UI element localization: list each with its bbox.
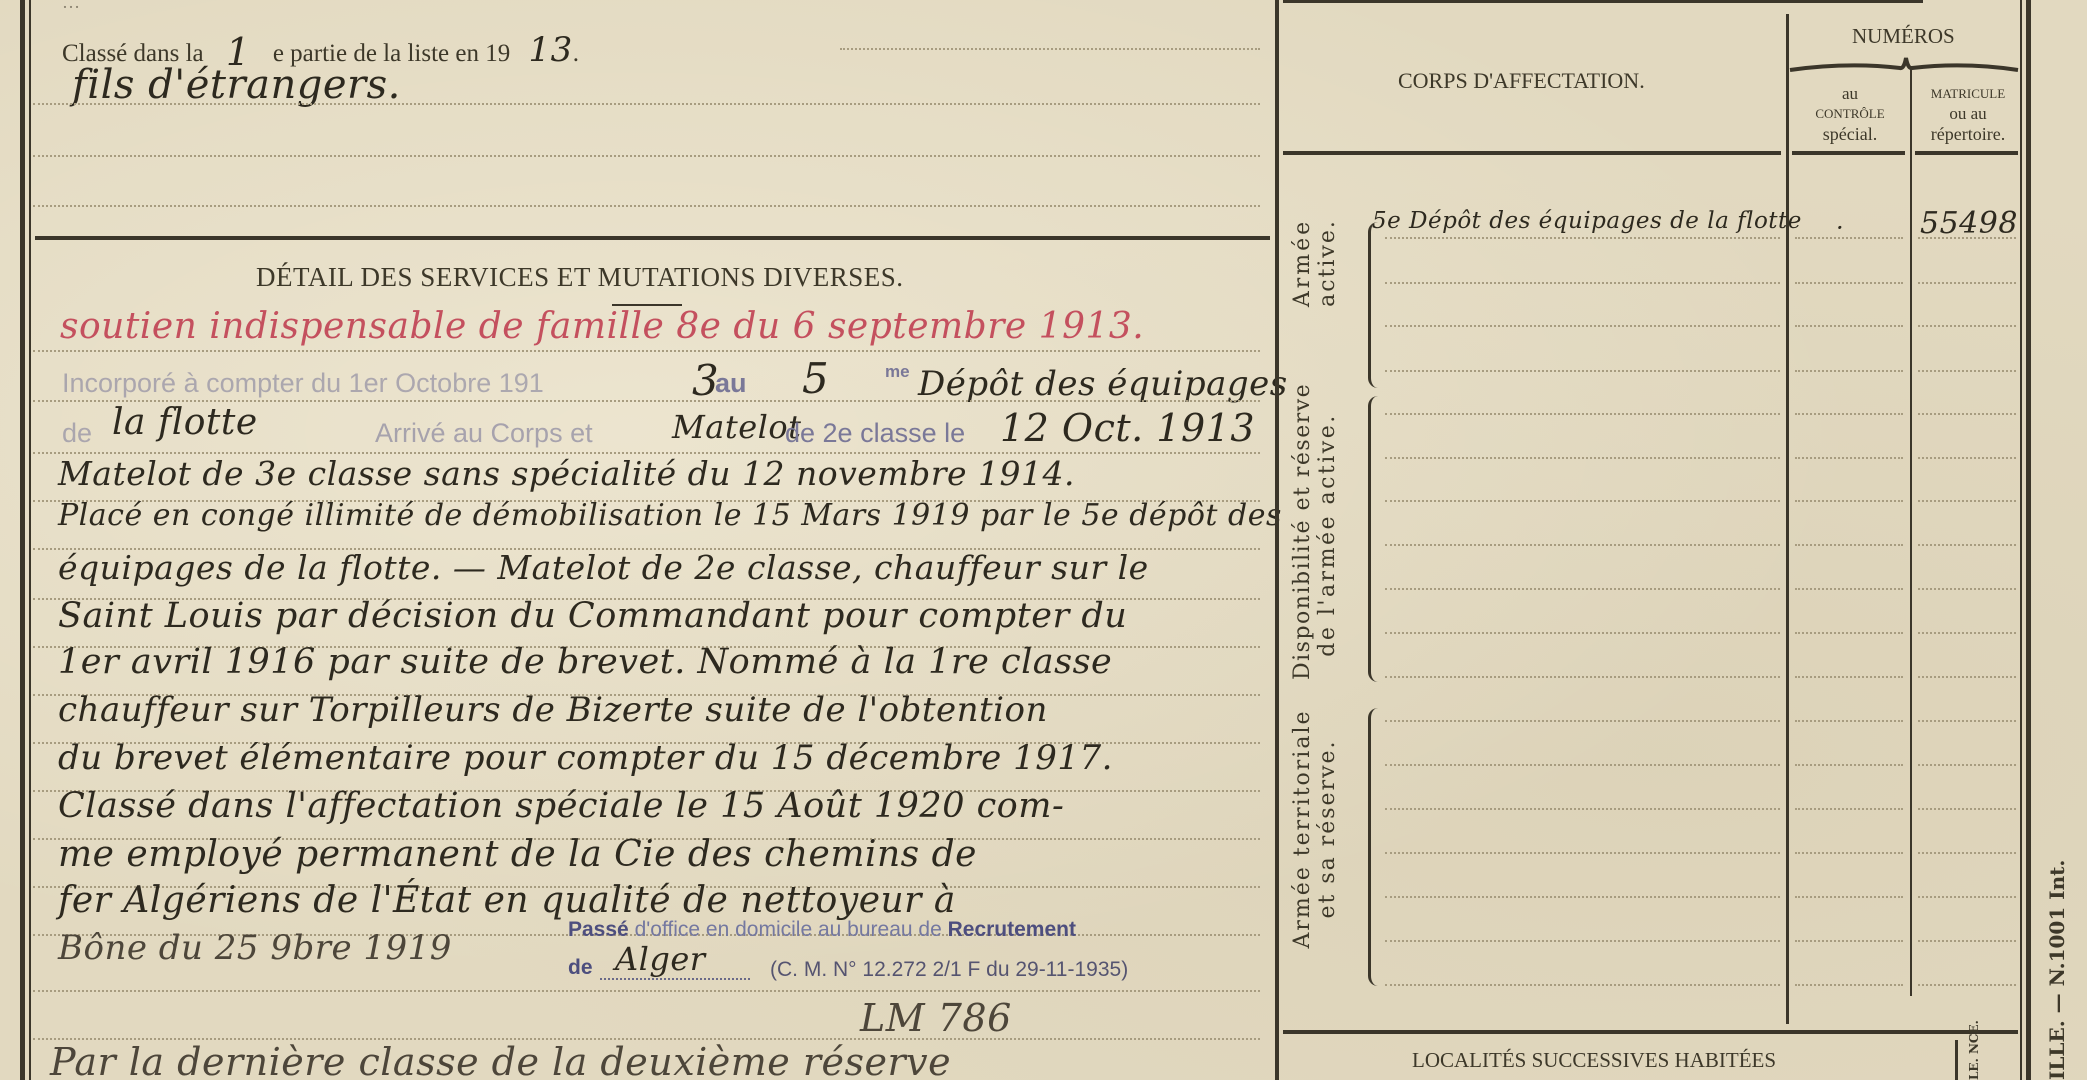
top-cut-text: …: [62, 0, 80, 13]
stamp-au: au: [715, 368, 747, 399]
section-label-disponibilite: Disponibilité et réserve de l'armée acti…: [1290, 390, 1341, 680]
dotted-rule: [1918, 896, 2016, 898]
footer-divider: [1955, 1040, 1958, 1080]
dotted-rule: [1918, 588, 2016, 590]
dotted-rule: [1918, 764, 2016, 766]
section-label-armee-active: Armée active.: [1290, 208, 1341, 318]
dotted-rule: [1795, 413, 1903, 415]
dotted-rule: [1385, 764, 1780, 766]
dotted-rule: [1795, 282, 1903, 284]
dotted-rule: [33, 990, 1260, 992]
form-number: ILLE. — N.1001 Int.: [2046, 750, 2069, 1080]
dotted-rule: [1795, 720, 1903, 722]
dotted-rule: [1385, 282, 1780, 284]
footer-side-text: LE. NCE.: [1968, 1040, 1982, 1080]
dotted-rule: [1795, 457, 1903, 459]
classement-note: fils d'étrangers.: [72, 62, 401, 108]
corps-header: CORPS D'AFFECTATION.: [1398, 68, 1645, 94]
section-separator: [35, 236, 1270, 240]
service-line-9: me employé permanent de la Cie des chemi…: [58, 834, 977, 875]
header-bottom-rule-controle: [1792, 151, 1905, 155]
header-bottom-rule-matricule: [1915, 151, 2018, 155]
dotted-rule: [33, 205, 1260, 207]
dotted-rule: [1918, 457, 2016, 459]
dotted-rule: [1918, 720, 2016, 722]
dotted-rule: [1385, 852, 1780, 854]
left-border-outer: [20, 0, 25, 1080]
stamp-de: de: [62, 418, 92, 449]
dotted-rule: [1385, 588, 1780, 590]
brace-disponibilite: [1368, 396, 1385, 682]
dotted-rule: [1918, 237, 2016, 239]
stamp-me: me: [885, 362, 910, 382]
dotted-rule: [1385, 720, 1780, 722]
dotted-rule: [1918, 632, 2016, 634]
service-line-2: Placé en congé illimité de démobilisatio…: [58, 498, 1282, 533]
dotted-rule: [1385, 325, 1780, 327]
hand-depot-number: 5: [802, 354, 829, 403]
header-bottom-rule-corps: [1283, 151, 1781, 155]
service-line-4: Saint Louis par décision du Commandant p…: [58, 596, 1127, 636]
service-line-1: Matelot de 3e classe sans spécialité du …: [58, 454, 1075, 493]
service-line-8: Classé dans l'affectation spéciale le 15…: [58, 786, 1064, 826]
brace-territoriale: [1368, 708, 1385, 986]
dotted-rule: [1918, 325, 2016, 327]
service-line-7: du brevet élémentaire pour compter du 15…: [58, 738, 1113, 778]
numeros-divider: [1786, 14, 1789, 1024]
service-line-cut: Par la dernière classe de la deuxième ré…: [50, 1040, 951, 1080]
col-controle-header: au CONTRÔLE spécial.: [1790, 84, 1910, 144]
entry-matricule: 55498: [1920, 206, 2018, 241]
dotted-rule: [1918, 852, 2016, 854]
dotted-rule: [1385, 940, 1780, 942]
stamp-arrive: Arrivé au Corps et: [375, 418, 593, 449]
dotted-rule: [1795, 325, 1903, 327]
hand-city: Alger: [615, 940, 706, 978]
dotted-rule: [1795, 544, 1903, 546]
classement-year: 13: [528, 30, 572, 70]
dotted-rule: [1918, 676, 2016, 678]
dotted-rule: [1385, 676, 1780, 678]
left-border-inner: [29, 0, 31, 1080]
numeros-brace: [1788, 52, 2020, 76]
hand-la-flotte: la flotte: [112, 402, 258, 443]
hand-reference-number: LM 786: [860, 996, 1012, 1040]
dotted-rule: [1795, 676, 1903, 678]
stamp-classe: de 2e classe le: [785, 418, 965, 449]
dotted-rule: [1795, 984, 1903, 986]
service-line-11: Bône du 25 9bre 1919: [58, 928, 452, 968]
controle-divider: [1910, 66, 1912, 996]
dotted-rule: [840, 48, 1260, 50]
dotted-rule: [33, 103, 1260, 105]
right-top-rule: [1283, 0, 1923, 3]
dotted-rule: [1385, 544, 1780, 546]
entry-corps: 5e Dépôt des équipages de la flotte: [1372, 208, 1802, 234]
dotted-rule: [1385, 457, 1780, 459]
dotted-rule: [1918, 282, 2016, 284]
dotted-rule: [1385, 413, 1780, 415]
dotted-rule: [1795, 500, 1903, 502]
hand-depot: Dépôt des équipages: [918, 364, 1288, 404]
dotted-rule: [1918, 808, 2016, 810]
red-annotation: soutien indispensable de famille 8e du 6…: [60, 306, 1144, 347]
numeros-header: NUMÉROS: [1852, 24, 1955, 49]
col-matricule-header: MATRICULE ou au répertoire.: [1912, 84, 2024, 144]
dotted-rule: [1795, 588, 1903, 590]
dotted-rule: [33, 350, 1260, 352]
stamp-de-city: de: [568, 956, 593, 980]
dotted-rule: [1918, 940, 2016, 942]
dotted-rule: [1385, 632, 1780, 634]
hand-matelot: Matelot: [672, 408, 802, 446]
dotted-rule: [1385, 237, 1780, 239]
footer-top-rule: [1283, 1030, 2018, 1034]
service-line-6: chauffeur sur Torpilleurs de Bizerte sui…: [58, 690, 1048, 730]
dotted-rule: [1385, 808, 1780, 810]
right-border-inner: [2020, 0, 2022, 1080]
dotted-rule: [1385, 984, 1780, 986]
dotted-rule: [1918, 500, 2016, 502]
dotted-rule: [33, 155, 1260, 157]
dotted-rule: [1385, 896, 1780, 898]
service-line-10: fer Algériens de l'État en qualité de ne…: [58, 880, 956, 921]
dotted-rule: [1918, 413, 2016, 415]
localites-header: LOCALITÉS SUCCESSIVES HABITÉES: [1412, 1048, 1776, 1073]
dotted-rule: [1918, 370, 2016, 372]
dotted-rule: [1795, 370, 1903, 372]
dotted-rule: [1795, 940, 1903, 942]
dotted-rule: [1385, 500, 1780, 502]
services-title: DÉTAIL DES SERVICES ET MUTATIONS DIVERSE…: [256, 262, 904, 293]
hand-date-arrive: 12 Oct. 1913: [1000, 406, 1255, 450]
service-line-3: équipages de la flotte. — Matelot de 2e …: [58, 548, 1149, 587]
dotted-rule: [1918, 544, 2016, 546]
dotted-rule: [1795, 632, 1903, 634]
dotted-rule: [1918, 984, 2016, 986]
dotted-rule: [1795, 237, 1903, 239]
brace-armee-active: [1368, 222, 1385, 388]
dotted-rule: [1795, 852, 1903, 854]
service-line-5: 1er avril 1916 par suite de brevet. Nomm…: [58, 642, 1112, 682]
stamp-passe: Passé d'office en domicile au bureau de …: [568, 918, 1076, 942]
right-border-outer: [2026, 0, 2031, 1080]
dotted-rule: [1385, 370, 1780, 372]
dotted-rule: [1795, 896, 1903, 898]
panel-divider: [1275, 0, 1279, 1080]
dotted-rule: [1795, 764, 1903, 766]
stamp-incorpore: Incorporé à compter du 1er Octobre 191: [62, 368, 544, 399]
section-label-territoriale: Armée territoriale et sa réserve.: [1290, 700, 1341, 958]
dotted-rule: [600, 978, 750, 980]
stamp-cm-reference: (C. M. N° 12.272 2/1 F du 29-11-1935): [770, 958, 1128, 982]
dotted-rule: [1795, 808, 1903, 810]
